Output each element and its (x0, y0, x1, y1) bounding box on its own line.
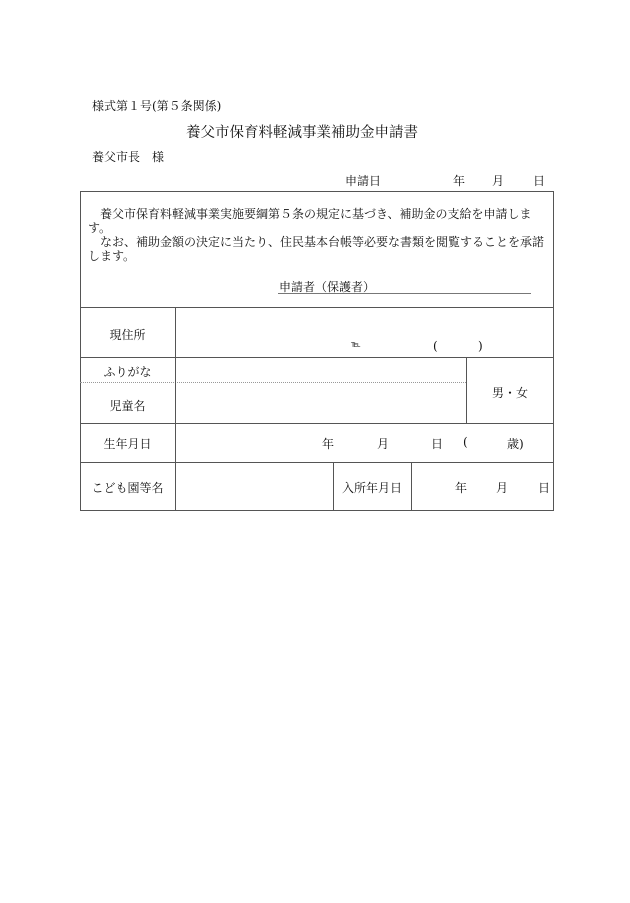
admission-month-unit: 月 (496, 479, 508, 496)
admission-date-label: 入所年月日 (333, 479, 411, 496)
child-name-label: 児童名 (80, 397, 175, 414)
form-number: 様式第１号(第５条関係) (92, 97, 221, 114)
frame-top-border (80, 191, 554, 192)
child-name-field[interactable] (176, 383, 466, 423)
age-open-paren: ( (463, 435, 468, 449)
admission-date-field[interactable] (412, 463, 553, 510)
birth-month-unit: 月 (377, 435, 389, 452)
admission-day-unit: 日 (538, 479, 550, 496)
tel-close-paren: ) (478, 339, 483, 353)
furigana-label: ふりがな (80, 363, 175, 380)
gender-options[interactable]: 男・女 (467, 384, 553, 401)
application-date-year: 年 (453, 172, 465, 189)
application-date-label: 申請日 (345, 172, 381, 189)
statement-paragraph-1: 養父市保育料軽減事業実施要綱第５条の規定に基づき、補助金の支給を申請します。 (88, 208, 550, 235)
birth-day-unit: 日 (431, 435, 443, 452)
furigana-field[interactable] (176, 358, 466, 382)
frame-right-border (553, 191, 554, 511)
birth-year-unit: 年 (322, 435, 334, 452)
applicant-signature-line[interactable] (278, 293, 531, 294)
birthdate-field[interactable] (176, 424, 553, 462)
application-date-day: 日 (533, 172, 545, 189)
facility-field[interactable] (176, 463, 333, 510)
address-field[interactable] (176, 308, 553, 357)
addressee: 養父市長 様 (92, 148, 164, 165)
frame-bottom-border (80, 510, 554, 511)
address-label: 現住所 (80, 326, 175, 343)
tel-open-paren: ( (433, 339, 438, 353)
statement-paragraph-2: なお、補助金額の決定に当たり、住民基本台帳等必要な書類を閲覧することを承諾します… (88, 236, 550, 263)
page-title: 養父市保育料軽減事業補助金申請書 (186, 121, 418, 142)
frame-left-border (80, 191, 81, 511)
birthdate-label: 生年月日 (80, 435, 175, 452)
application-date-month: 月 (492, 172, 504, 189)
age-unit: 歳) (507, 435, 524, 452)
facility-label: こども園等名 (80, 479, 175, 496)
admission-year-unit: 年 (455, 479, 467, 496)
tel-label: ℡ (351, 340, 361, 350)
